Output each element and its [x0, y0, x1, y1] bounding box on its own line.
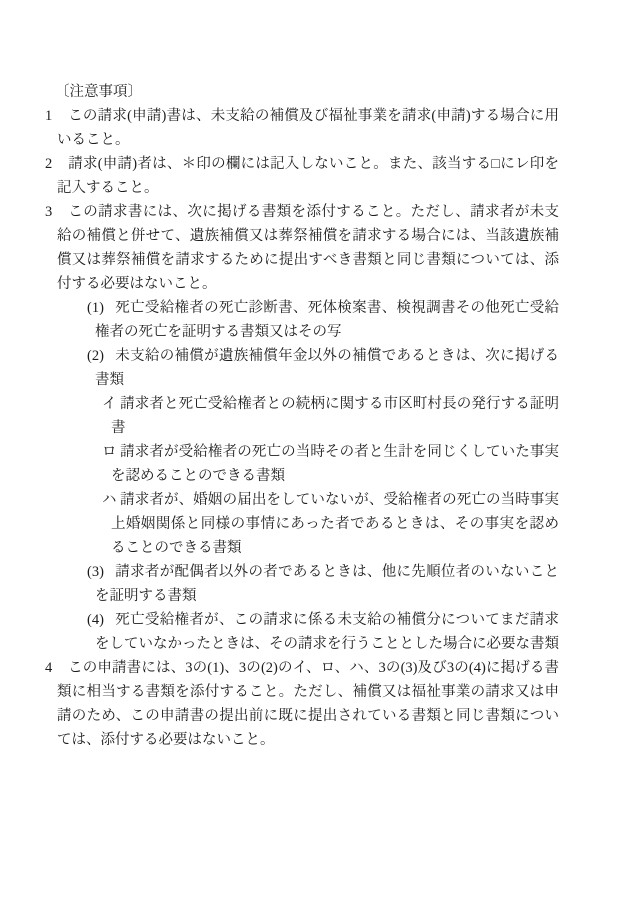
item-text: 請求者が配偶者以外の者であるときは、他に先順位者のいないことを証明する書類 [95, 564, 559, 604]
item-text: この請求(申請)書は、未支給の補償及び福祉事業を請求(申請)する場合に用いること… [57, 108, 559, 148]
item-marker: 2 [45, 152, 68, 176]
item-text: 請求者が受給権者の死亡の当時その者と生計を同じくしていた事実を認めることのできる… [111, 444, 559, 484]
item-marker: (4) [87, 608, 115, 632]
note-item-3-1: (1)死亡受給権者の死亡診断書、死体検案書、検視調書その他死亡受給権者の死亡を証… [45, 296, 559, 344]
item-marker: 1 [45, 104, 68, 128]
item-text: 死亡受給権者の死亡診断書、死体検案書、検視調書その他死亡受給権者の死亡を証明する… [95, 300, 559, 340]
item-text: 請求者と死亡受給権者との続柄に関する市区町村長の発行する証明書 [111, 396, 559, 436]
item-text: 死亡受給権者が、この請求に係る未支給の補償分についてまだ請求をしていなかったとき… [95, 612, 559, 652]
section-header-text: 〔注意事項〕 [55, 84, 142, 100]
notes-section: 〔注意事項〕 1この請求(申請)書は、未支給の補償及び福祉事業を請求(申請)する… [45, 80, 559, 752]
item-marker: (3) [87, 560, 115, 584]
item-marker: 4 [45, 656, 68, 680]
item-marker: (2) [87, 344, 115, 368]
item-marker: イ [102, 392, 120, 416]
note-item-3-3: (3)請求者が配偶者以外の者であるときは、他に先順位者のいないことを証明する書類 [45, 560, 559, 608]
note-item-3-2: (2)未支給の補償が遺族補償年金以外の補償であるときは、次に掲げる書類 [45, 344, 559, 392]
item-text: 請求者が、婚姻の届出をしていないが、受給権者の死亡の当時事実上婚姻関係と同様の事… [111, 492, 559, 556]
note-item-3-2-ha: ハ請求者が、婚姻の届出をしていないが、受給権者の死亡の当時事実上婚姻関係と同様の… [45, 488, 559, 560]
item-marker: (1) [87, 296, 115, 320]
section-header: 〔注意事項〕 [45, 80, 559, 104]
item-marker: 3 [45, 200, 68, 224]
note-item-3-4: (4)死亡受給権者が、この請求に係る未支給の補償分についてまだ請求をしていなかっ… [45, 608, 559, 656]
note-item-1: 1この請求(申請)書は、未支給の補償及び福祉事業を請求(申請)する場合に用いるこ… [45, 104, 559, 152]
item-marker: ロ [102, 440, 120, 464]
item-marker: ハ [102, 488, 120, 512]
item-text: 請求(申請)者は、＊印の欄には記入しないこと。また、該当する□にレ印を記入するこ… [57, 156, 559, 196]
note-item-3: 3この請求書には、次に掲げる書類を添付すること。ただし、請求者が未支給の補償と併… [45, 200, 559, 296]
note-item-2: 2請求(申請)者は、＊印の欄には記入しないこと。また、該当する□にレ印を記入する… [45, 152, 559, 200]
document-page: 〔注意事項〕 1この請求(申請)書は、未支給の補償及び福祉事業を請求(申請)する… [0, 0, 630, 903]
item-text: この申請書には、3の(1)、3の(2)のイ、ロ、ハ、3の(3)及び3の(4)に掲… [57, 660, 559, 748]
item-text: 未支給の補償が遺族補償年金以外の補償であるときは、次に掲げる書類 [95, 348, 559, 388]
note-item-3-2-i: イ請求者と死亡受給権者との続柄に関する市区町村長の発行する証明書 [45, 392, 559, 440]
note-item-4: 4この申請書には、3の(1)、3の(2)のイ、ロ、ハ、3の(3)及び3の(4)に… [45, 656, 559, 752]
note-item-3-2-ro: ロ請求者が受給権者の死亡の当時その者と生計を同じくしていた事実を認めることのでき… [45, 440, 559, 488]
item-text: この請求書には、次に掲げる書類を添付すること。ただし、請求者が未支給の補償と併せ… [57, 204, 559, 292]
